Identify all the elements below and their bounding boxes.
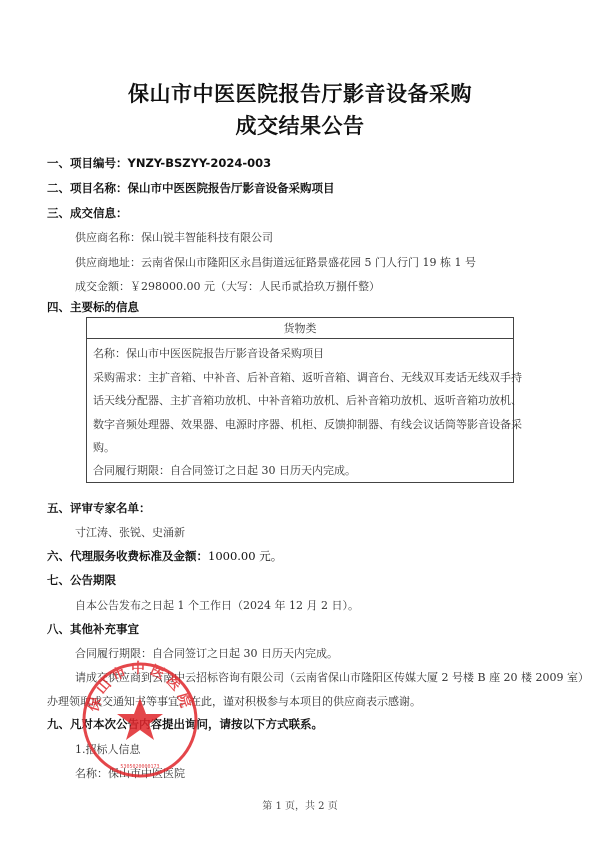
project-number-value: YNZY-BSZYY-2024-003 <box>128 156 272 170</box>
contact-name: 名称：保山市中医医院 <box>75 765 185 781</box>
section-announcement-period: 七、公告期限 <box>47 572 116 588</box>
section-label: 二、项目名称： <box>47 181 128 195</box>
section-agency-fee: 六、代理服务收费标准及金额：1000.00 元。 <box>47 548 282 564</box>
other-matters-line3: 办理领取成交通知书等事宜。在此，谨对积极参与本项目的供应商表示感谢。 <box>47 693 421 709</box>
table-header: 货物类 <box>87 318 513 339</box>
deal-amount: 成交金额：￥298000.00 元（大写：人民币贰拾玖万捌仟整） <box>75 278 380 294</box>
table-term-row: 合同履行期限：自合同签订之日起 30 日历天内完成。 <box>93 462 356 478</box>
document-title-line2: 成交结果公告 <box>0 110 600 140</box>
contact-subheading: 1.招标人信息 <box>75 741 141 757</box>
subject-table: 货物类 名称：保山市中医医院报告厅影音设备采购项目 采购需求：主扩音箱、中补音、… <box>86 317 514 483</box>
announcement-period-text: 自本公告发布之日起 1 个工作日（2024 年 12 月 2 日）。 <box>75 597 359 613</box>
section-other-matters: 八、其他补充事宜 <box>47 621 139 637</box>
section-main-subject: 四、主要标的信息 <box>47 299 139 315</box>
section-label: 一、项目编号： <box>47 156 128 170</box>
section-contact: 九、凡对本次公告内容提出询问，请按以下方式联系。 <box>47 716 323 732</box>
page-footer: 第 1 页，共 2 页 <box>0 797 600 812</box>
table-requirement-line3: 数字音频处理器、效果器、电源时序器、机柜、反馈抑制器、有线会议话筒等影音设备采 <box>93 416 522 432</box>
section-experts: 五、评审专家名单： <box>47 500 151 516</box>
agency-fee-value: 1000.00 元。 <box>208 549 282 563</box>
supplier-address: 供应商地址：云南省保山市隆阳区永昌街道远征路景盛花园 5 门人行门 19 栋 1… <box>75 254 476 270</box>
project-name-value: 保山市中医医院报告厅影音设备采购项目 <box>128 181 335 195</box>
table-requirement-line2: 话天线分配器、主扩音箱功放机、中补音箱功放机、后补音箱功放机、返听音箱功放机、 <box>93 392 522 408</box>
section-deal-info: 三、成交信息： <box>47 205 128 221</box>
document-title-line1: 保山市中医医院报告厅影音设备采购 <box>0 78 600 108</box>
table-name-row: 名称：保山市中医医院报告厅影音设备采购项目 <box>93 345 324 361</box>
other-matters-line2: 请成交供应商到云南中云招标咨询有限公司（云南省保山市隆阳区传媒大厦 2 号楼 B… <box>75 669 589 685</box>
table-requirement-line4: 购。 <box>93 439 115 455</box>
table-requirement-line1: 采购需求：主扩音箱、中补音、后补音箱、返听音箱、调音台、无线双耳麦话无线双手持 <box>93 369 522 385</box>
section-project-number: 一、项目编号：YNZY-BSZYY-2024-003 <box>47 155 271 171</box>
section-project-name: 二、项目名称：保山市中医医院报告厅影音设备采购项目 <box>47 180 335 196</box>
section-label: 六、代理服务收费标准及金额： <box>47 549 208 563</box>
other-matters-line1: 合同履行期限：自合同签订之日起 30 日历天内完成。 <box>75 645 338 661</box>
experts-list: 寸江涛、张锐、史涌新 <box>75 524 185 540</box>
supplier-name: 供应商名称：保山锐丰智能科技有限公司 <box>75 229 273 245</box>
